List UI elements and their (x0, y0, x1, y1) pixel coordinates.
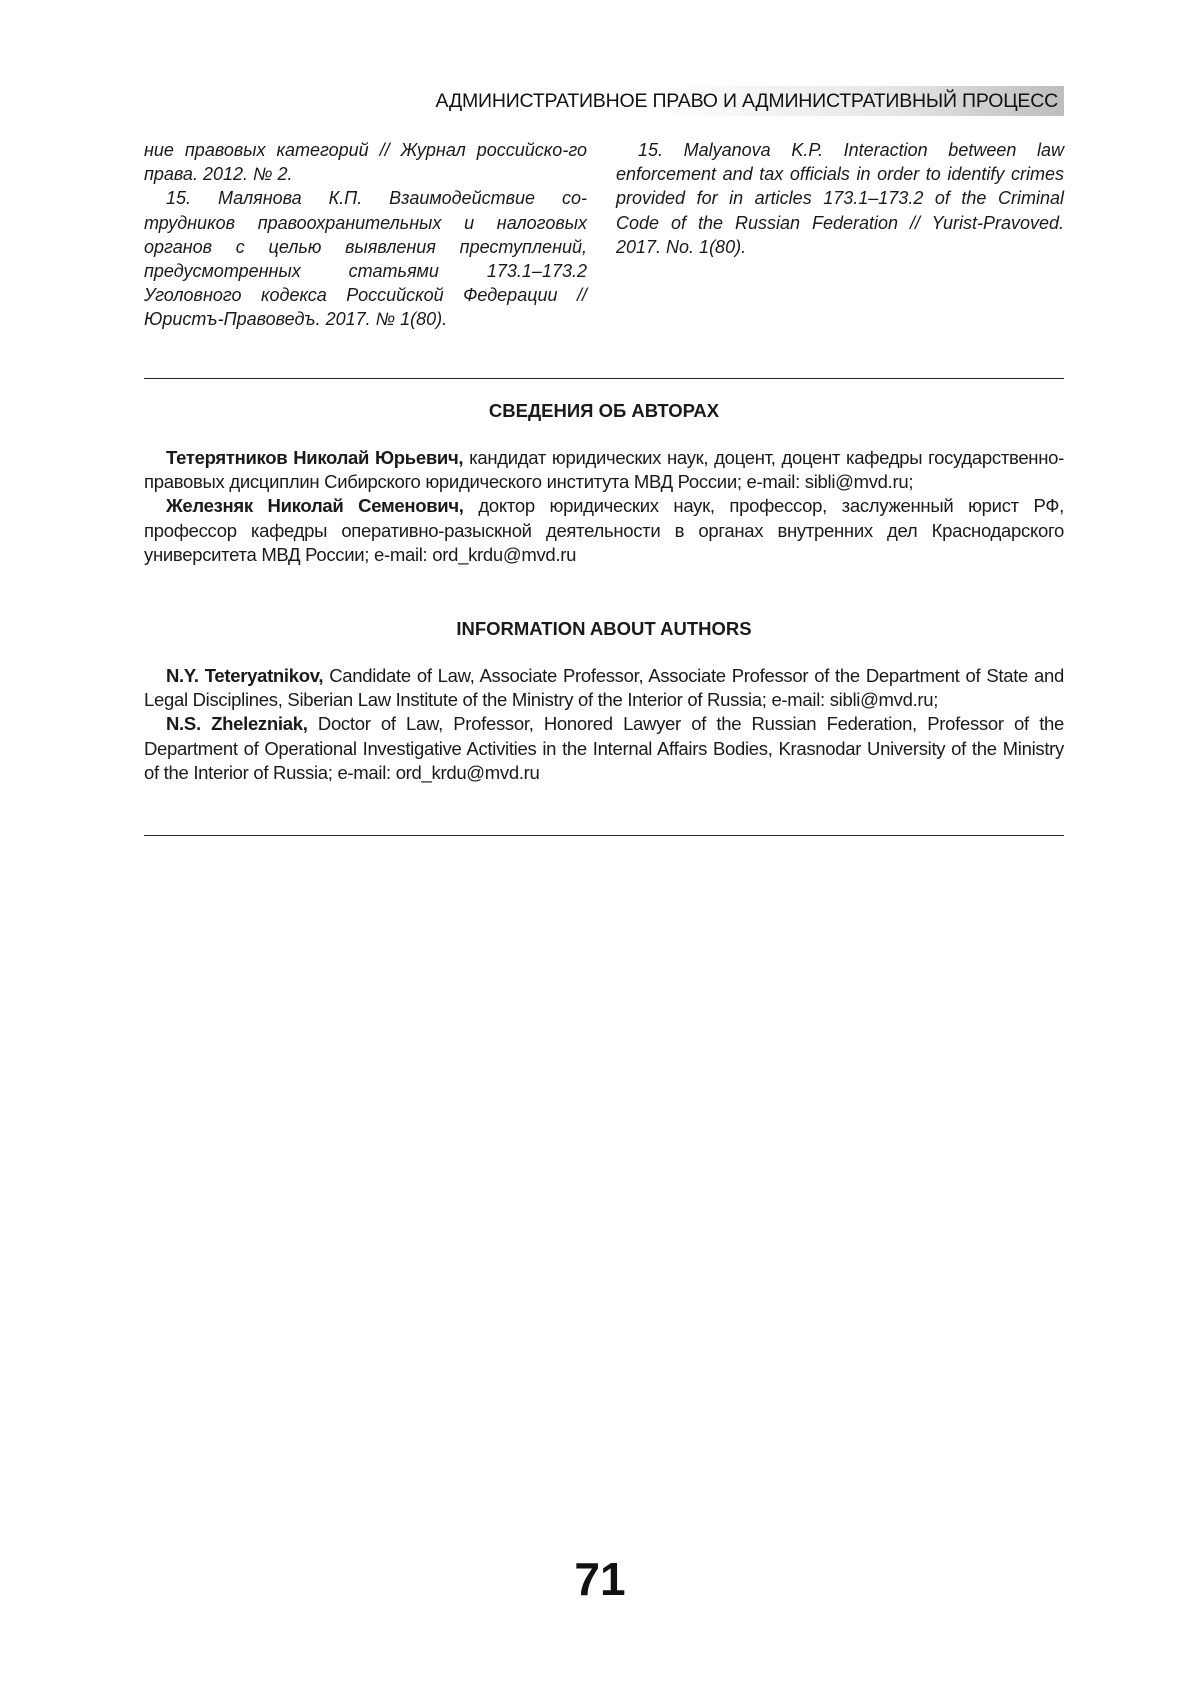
author-entry: N.S. Zhelezniak, Doctor of Law, Professo… (144, 712, 1064, 785)
authors-en-title: INFORMATION ABOUT AUTHORS (144, 618, 1064, 640)
author-name: Тетерятников Николай Юрьевич, (166, 447, 463, 468)
reference-continuation: ние правовых категорий // Журнал российс… (144, 138, 587, 186)
author-name: Железняк Николай Семенович, (166, 495, 464, 516)
running-head: АДМИНИСТРАТИВНОЕ ПРАВО И АДМИНИСТРАТИВНЫ… (380, 86, 1064, 116)
divider-top (144, 378, 1064, 379)
reference-item-15-en: 15. Malyanova K.P. Interaction between l… (616, 138, 1064, 259)
author-entry: N.Y. Teteryatnikov, Candidate of Law, As… (144, 664, 1064, 712)
authors-en-block: N.Y. Teteryatnikov, Candidate of Law, As… (144, 664, 1064, 785)
author-entry: Железняк Николай Семенович, доктор юриди… (144, 494, 1064, 567)
author-entry: Тетерятников Николай Юрьевич, кандидат ю… (144, 446, 1064, 494)
reference-item-15-ru: 15. Малянова К.П. Взаимодействие со-труд… (144, 186, 587, 331)
references-right-column: 15. Malyanova K.P. Interaction between l… (616, 138, 1064, 259)
references-left-column: ние правовых категорий // Журнал российс… (144, 138, 587, 332)
page-number: 71 (0, 1552, 1200, 1606)
divider-bottom (144, 835, 1064, 836)
author-name: N.Y. Teteryatnikov, (166, 665, 323, 686)
authors-ru-title: СВЕДЕНИЯ ОБ АВТОРАХ (144, 400, 1064, 422)
author-name: N.S. Zhelezniak, (166, 713, 308, 734)
authors-ru-block: Тетерятников Николай Юрьевич, кандидат ю… (144, 446, 1064, 567)
